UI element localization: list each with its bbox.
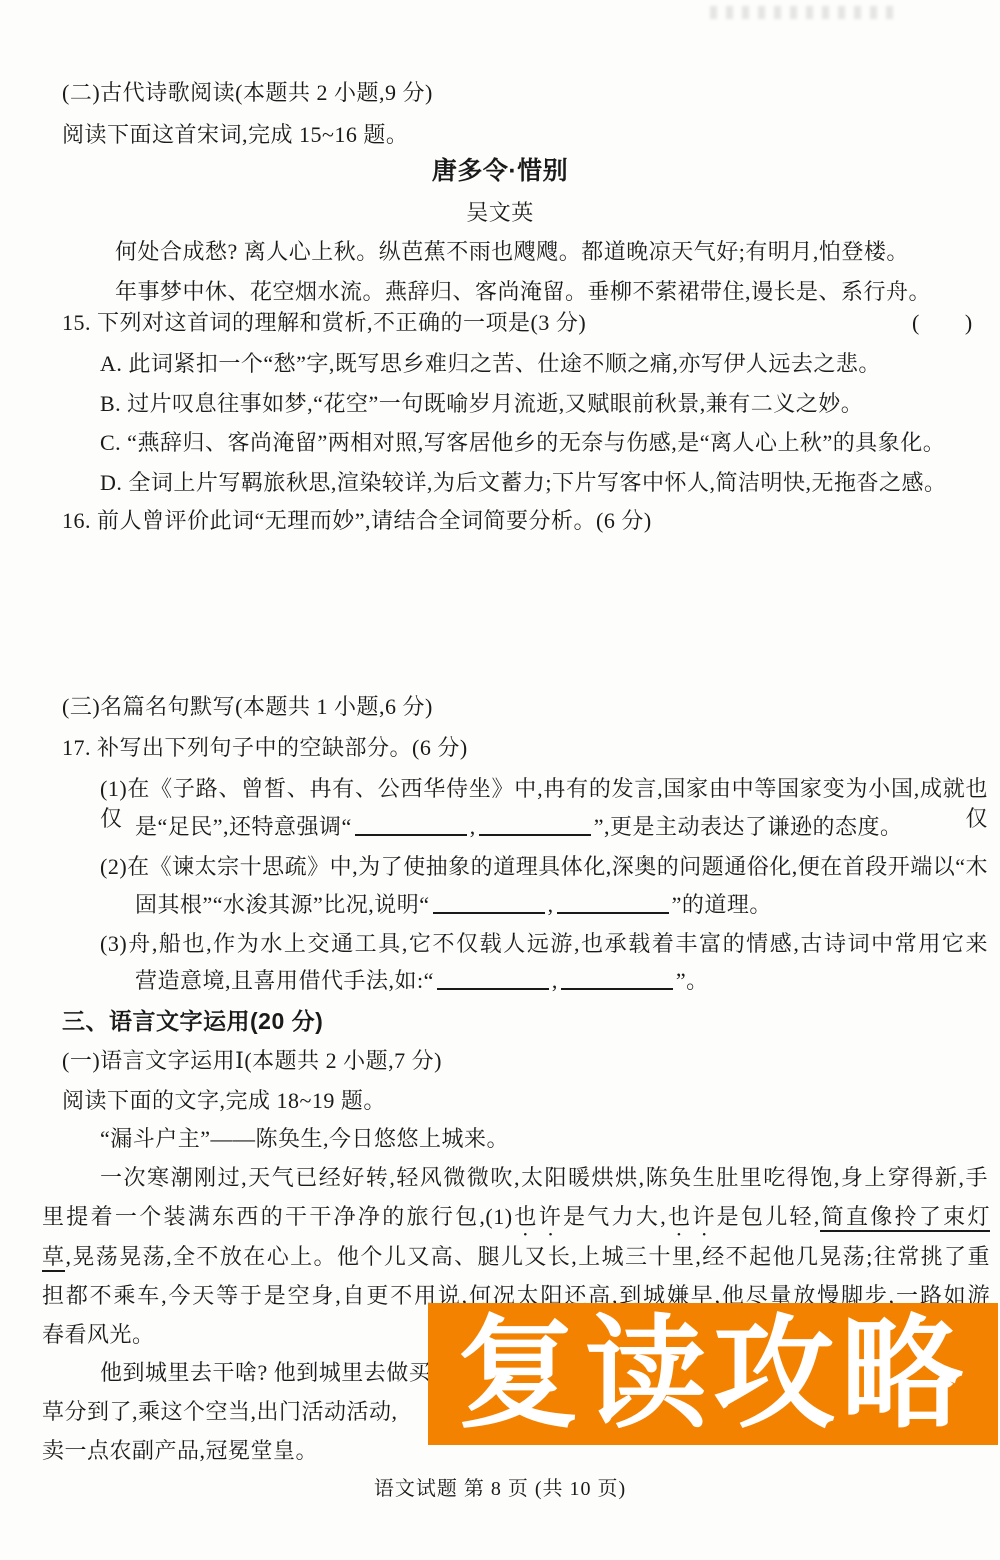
q17-item1-line2: 是“足民”,还特意强调“,”,更是主动表达了谦逊的态度。 [135, 812, 903, 842]
scan-noise [710, 6, 900, 19]
answer-blank [479, 819, 591, 836]
passage-para1: “漏斗户主”——陈奂生,今日悠悠上城来。 [100, 1124, 509, 1154]
watermark-text: 复读攻略 [457, 1313, 969, 1435]
part-3-sub1-heading: (一)语言文字运用Ⅰ(本题共 2 小题,7 分) [62, 1046, 442, 1076]
exam-page: (二)古代诗歌阅读(本题共 2 小题,9 分) 阅读下面这首宋词,完成 15~1… [0, 0, 1000, 1560]
q17-item2-line1: (2)在《谏太宗十思疏》中,为了使抽象的道理具体化,深奥的问题通俗化,便在首段开… [100, 852, 988, 882]
q17-item2-text-c: ”的道理。 [672, 892, 772, 917]
passage-para2-line3: 草,晃荡晃荡,全不放在心上。他个儿又高、腿儿又长,上城三十里,经不起他几晃荡;往… [42, 1242, 990, 1272]
passage-para3-line1: 他到城里去干啥? 他到城里去做买 [100, 1358, 431, 1388]
poem-title: 唐多令·惜别 [0, 156, 1000, 186]
answer-blank [433, 897, 545, 914]
option-b: B. 过片叹息往事如梦,“花空”一句既喻岁月流逝,又赋眼前秋景,兼有二义之妙。 [100, 389, 863, 419]
passage-text: ,晃荡晃荡,全不放在心上。他个儿又高、腿儿又长,上城三十里,经不起他几晃荡;往常… [65, 1244, 990, 1269]
passage-para3-line2: 草分到了,乘这个空当,出门活动活动, [42, 1397, 398, 1427]
emphasized-word: 也许 [666, 1204, 716, 1229]
answer-blank [561, 973, 673, 990]
q17-item2-text-a: 固其根”“水浚其源”比况,说明“ [135, 892, 430, 917]
passage-para3-line3: 卖一点农副产品,冠冕堂皇。 [42, 1436, 318, 1466]
underlined-phrase: 草 [42, 1244, 65, 1272]
q17-item2-comma: , [548, 892, 554, 917]
answer-blank [557, 897, 669, 914]
watermark-banner: 复读攻略 [428, 1303, 998, 1445]
passage-text: 里提着一个装满东西的干干净净的旅行包,(1) [42, 1204, 513, 1229]
option-a: A. 此词紧扣一个“愁”字,既写思乡难归之苦、仕途不顺之痛,亦写伊人远去之悲。 [100, 349, 881, 379]
question-17-stem: 17. 补写出下列句子中的空缺部分。(6 分) [62, 733, 468, 763]
q17-item3-line1: (3)舟,船也,作为水上交通工具,它不仅载人远游,也承载着丰富的情感,古诗词中常… [100, 929, 988, 959]
passage-para2-line5: 春看风光。 [42, 1320, 155, 1350]
section-heading-dictation: (三)名篇名句默写(本题共 1 小题,6 分) [62, 692, 433, 722]
poem-line-1: 何处合成愁? 离人心上秋。纵芭蕉不雨也飕飕。都道晚凉天气好;有明月,怕登楼。 [115, 237, 909, 267]
option-d: D. 全词上片写羁旅秋思,渲染较详,为后文蓄力;下片写客中怀人,简洁明快,无拖沓… [100, 468, 947, 498]
answer-bracket: ( ) [912, 308, 973, 338]
answer-blank [355, 819, 467, 836]
q17-item3-line2: 营造意境,且喜用借代手法,如:“,”。 [135, 966, 709, 996]
underlined-phrase: 简直像拎了束灯 [820, 1204, 990, 1232]
poem-line-2: 年事梦中休、花空烟水流。燕辞归、客尚淹留。垂柳不萦裙带住,谩长是、系行舟。 [115, 277, 931, 307]
q17-item2-line2: 固其根”“水浚其源”比况,说明“,”的道理。 [135, 890, 772, 920]
q17-item3-comma: , [552, 968, 558, 993]
q17-item1-comma: , [470, 814, 476, 839]
answer-blank [437, 973, 549, 990]
poem-author: 吴文英 [0, 198, 1000, 228]
question-15-stem: 15. 下列对这首词的理解和赏析,不正确的一项是(3 分) [62, 308, 586, 338]
option-c: C. “燕辞归、客尚淹留”两相对照,写客居他乡的无奈与伤感,是“离人心上秋”的具… [100, 428, 945, 458]
poetry-intro: 阅读下面这首宋词,完成 15~16 题。 [62, 120, 408, 150]
section-heading-poetry: (二)古代诗歌阅读(本题共 2 小题,9 分) [62, 78, 433, 108]
passage-text: 是气力大, [563, 1204, 666, 1229]
passage-text: 是包儿轻, [717, 1204, 820, 1229]
passage-intro: 阅读下面的文字,完成 18~19 题。 [62, 1086, 386, 1116]
part-3-heading: 三、语言文字运用(20 分) [62, 1006, 323, 1036]
passage-para2-line1: 一次寒潮刚过,天气已经好转,轻风微微吹,太阳暖烘烘,陈奂生肚里吃得饱,身上穿得新… [100, 1163, 988, 1193]
emphasized-word: 也许 [513, 1204, 563, 1229]
question-16: 16. 前人曾评价此词“无理而妙”,请结合全词简要分析。(6 分) [62, 506, 652, 536]
passage-para2-line2: 里提着一个装满东西的干干净净的旅行包,(1)也许是气力大,也许是包儿轻,简直像拎… [42, 1202, 990, 1241]
q17-item1-text-a: 是“足民”,还特意强调“ [135, 814, 352, 839]
q17-item3-text-c: ”。 [676, 968, 709, 993]
page-footer: 语文试题 第 8 页 (共 10 页) [0, 1474, 1000, 1504]
q17-item1-text-c: ”,更是主动表达了谦逊的态度。 [594, 814, 903, 839]
q17-item3-text-a: 营造意境,且喜用借代手法,如:“ [135, 968, 434, 993]
